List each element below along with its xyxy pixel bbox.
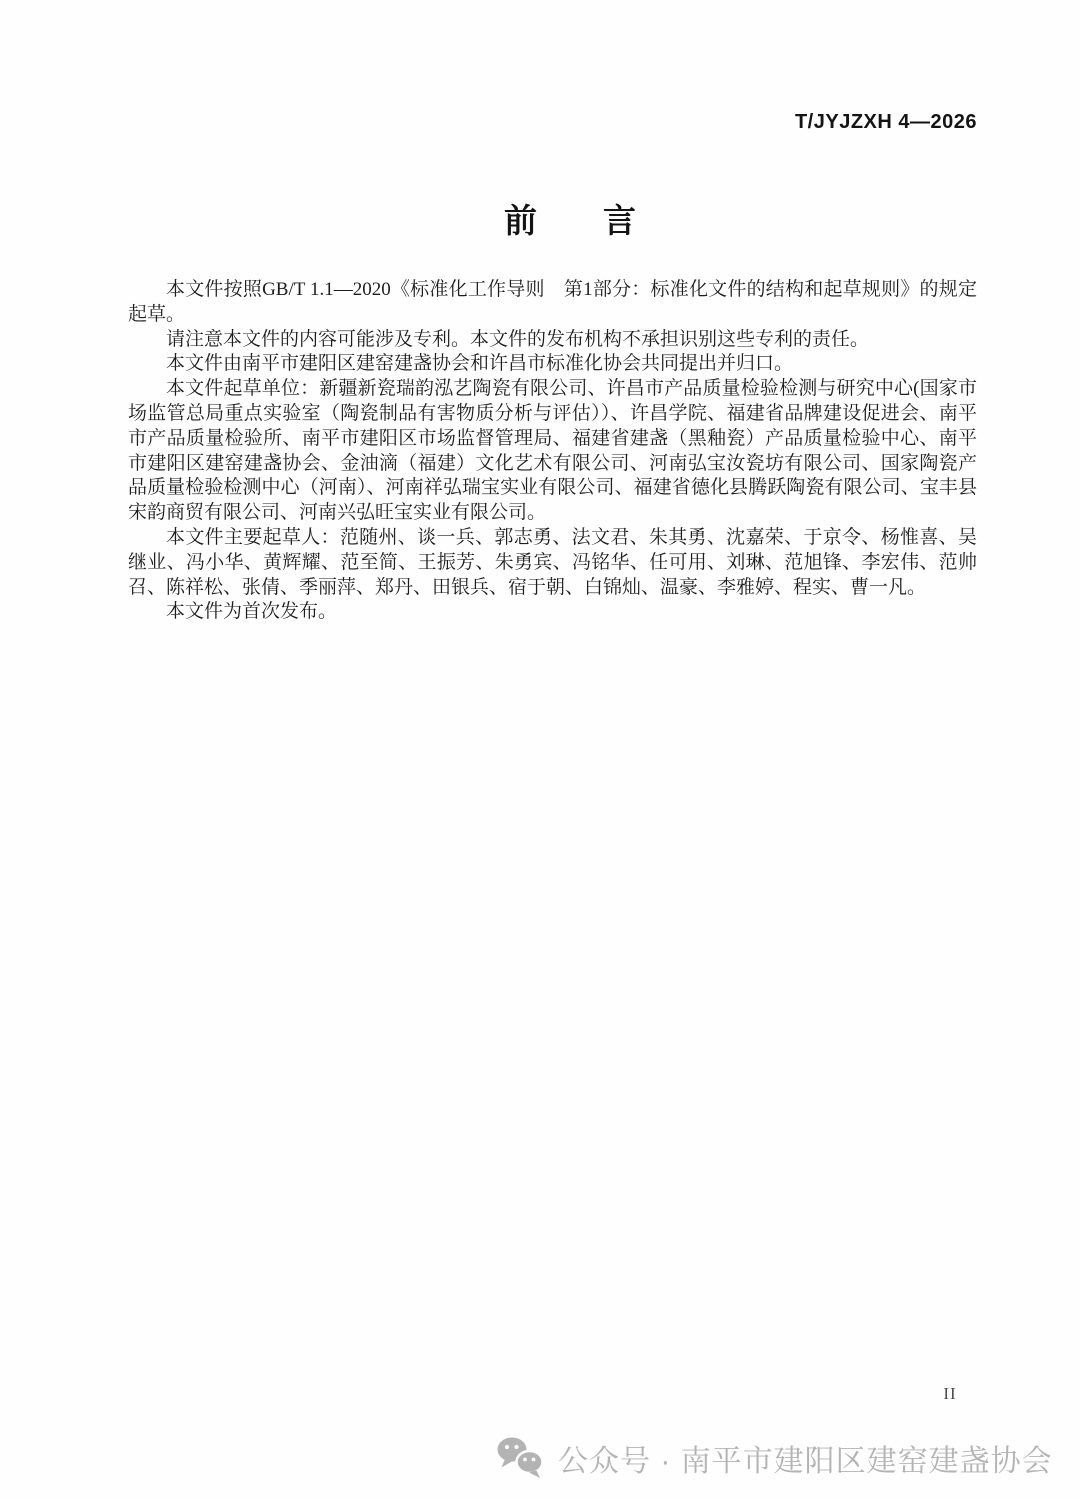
- paragraph-first-issue: 本文件为首次发布。: [128, 600, 977, 625]
- paragraph-drafting-units: 本文件起草单位：新疆新瓷瑞韵泓艺陶瓷有限公司、许昌市产品质量检验检测与研究中心(…: [128, 377, 977, 526]
- document-page: T/JYJZXH 4—2026 前 言 本文件按照GB/T 1.1—2020《标…: [0, 0, 1080, 1499]
- watermark-text: 公众号 · 南平市建阳区建窑建盏协会: [558, 1436, 1053, 1480]
- doc-number: T/JYJZXH 4—2026: [795, 111, 977, 134]
- foreword-body: 本文件按照GB/T 1.1—2020《标准化工作导则 第1部分：标准化文件的结构…: [128, 278, 977, 625]
- paragraph-proposing-bodies: 本文件由南平市建阳区建窑建盏协会和许昌市标准化协会共同提出并归口。: [128, 352, 977, 377]
- paragraph-patent-notice: 请注意本文件的内容可能涉及专利。本文件的发布机构不承担识别这些专利的责任。: [128, 328, 977, 353]
- page-number: II: [928, 1384, 972, 1404]
- foreword-title: 前 言: [60, 204, 1080, 240]
- wechat-icon: [497, 1437, 545, 1479]
- watermark: 公众号 · 南平市建阳区建窑建盏协会: [497, 1436, 1053, 1480]
- paragraph-drafting-basis: 本文件按照GB/T 1.1—2020《标准化工作导则 第1部分：标准化文件的结构…: [128, 278, 977, 328]
- paragraph-main-drafters: 本文件主要起草人：范随州、谈一兵、郭志勇、法文君、朱其勇、沈嘉荣、于京令、杨惟喜…: [128, 526, 977, 600]
